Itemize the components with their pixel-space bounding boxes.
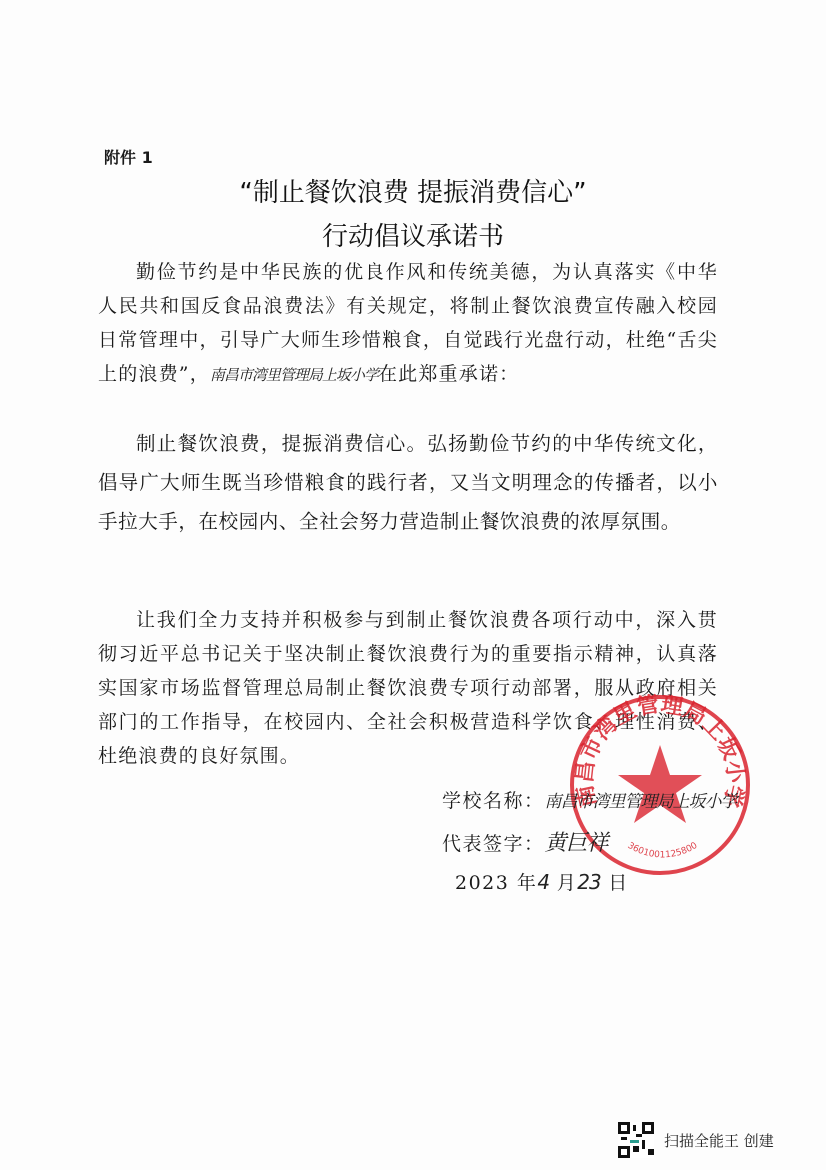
date-year-unit: 年 bbox=[517, 872, 538, 894]
date-month: 4 bbox=[537, 870, 549, 894]
handwritten-school-name: 南昌市湾里管理局上坂小学 bbox=[210, 366, 378, 384]
paragraph-intro: 勤俭节约是中华民族的优良作风和传统美德，为认真落实《中华人民共和国反食品浪费法》… bbox=[98, 255, 718, 392]
qr-code-icon bbox=[618, 1122, 654, 1158]
paragraph-pledge: 制止餐饮浪费，提振消费信心。弘扬勤俭节约的中华传统文化，倡导广大师生既当珍惜粮食… bbox=[98, 424, 718, 541]
date-day-unit: 日 bbox=[608, 872, 629, 894]
date-year: 2023 bbox=[455, 872, 509, 894]
svg-text:3601001125800: 3601001125800 bbox=[626, 841, 700, 861]
watermark-text: 扫描全能王 创建 bbox=[664, 1130, 774, 1151]
representative-row: 代表签字：黄巨祥 bbox=[442, 826, 608, 857]
date-row: 2023 年4 月23 日 bbox=[455, 868, 629, 895]
scanner-watermark: 扫描全能王 创建 bbox=[618, 1122, 774, 1158]
school-name-label: 学校名称： bbox=[442, 790, 545, 812]
date-day: 23 bbox=[577, 870, 600, 894]
attachment-label: 附件 1 bbox=[104, 145, 153, 168]
school-name-row: 学校名称：南昌市湾里管理局上坂小学 bbox=[442, 786, 737, 813]
representative-signature: 黄巨祥 bbox=[545, 831, 608, 856]
document-title: “制止餐饮浪费 提振消费信心” bbox=[0, 172, 826, 209]
intro-text-end: 在此郑重承诺： bbox=[378, 363, 519, 385]
date-month-unit: 月 bbox=[557, 872, 578, 894]
representative-label: 代表签字： bbox=[442, 833, 545, 855]
document-subtitle: 行动倡议承诺书 bbox=[0, 216, 826, 253]
school-name-handwritten: 南昌市湾里管理局上坂小学 bbox=[545, 792, 737, 812]
